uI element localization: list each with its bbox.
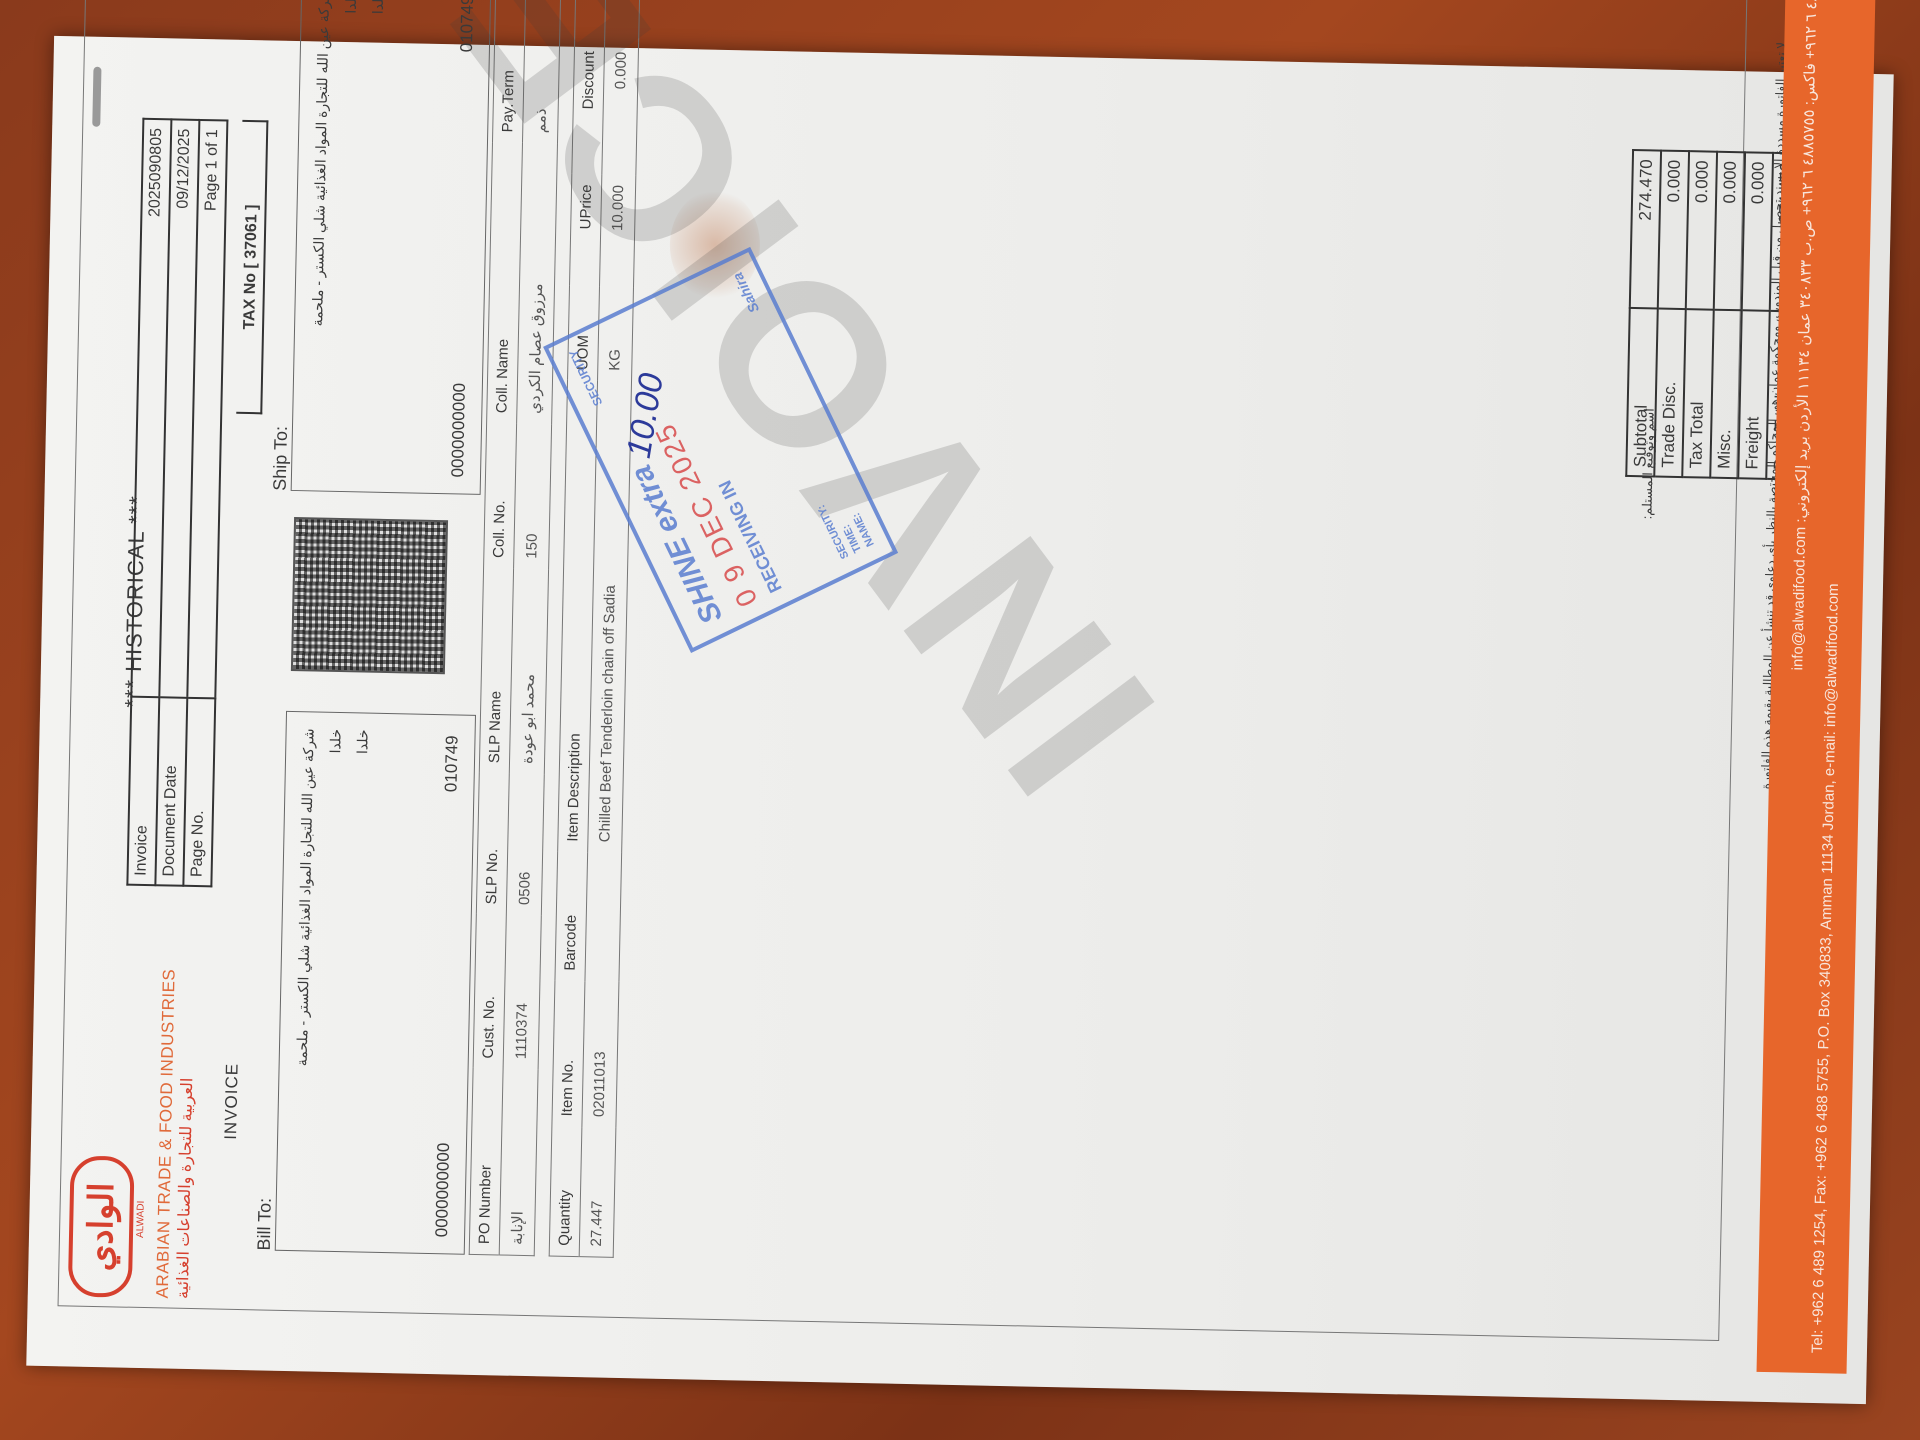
bill-to-line2: خلدا bbox=[317, 729, 345, 1235]
item-cell bbox=[585, 852, 622, 982]
info-cell: محمد ابو عودة bbox=[509, 568, 548, 774]
ship-to-line3: خلدا bbox=[360, 0, 387, 476]
info-cell: 0506 bbox=[506, 774, 544, 916]
meta-label: Page No. bbox=[183, 698, 215, 887]
info-cell: 150 bbox=[514, 423, 552, 569]
company-logo: الوادي ALWADI ARABIAN TRADE & FOOD INDUS… bbox=[68, 867, 202, 1300]
items-header: Barcode bbox=[555, 851, 588, 981]
invoice-paper: الوادي ALWADI ARABIAN TRADE & FOOD INDUS… bbox=[26, 36, 1893, 1404]
ship-to-name: شركة عين الله للتجارة المواد الغذائية شل… bbox=[306, 0, 333, 475]
info-header: PO Number bbox=[469, 1068, 503, 1255]
totals-value: 0.000 bbox=[1714, 152, 1745, 311]
bill-to-section: Bill To: شركة عين الله للتجارة المواد ال… bbox=[254, 710, 476, 1254]
items-header: Item No. bbox=[552, 980, 585, 1126]
ship-to-code-left: 0000000000 bbox=[448, 383, 470, 478]
logo-mark: الوادي bbox=[68, 1156, 135, 1298]
tax-number: TAX No [ 37061 ] bbox=[236, 120, 268, 414]
stamp-receiver: Sahira bbox=[729, 270, 762, 316]
bill-to-name: شركة عين الله للتجارة المواد الغذائية شل… bbox=[290, 728, 318, 1234]
totals-value: 274.470 bbox=[1630, 150, 1661, 309]
document-title: INVOICE bbox=[221, 1063, 243, 1140]
info-header: Cust. No. bbox=[473, 914, 506, 1069]
items-header: Quantity bbox=[549, 1126, 582, 1257]
totals-label: Misc. bbox=[1710, 310, 1742, 479]
totals-label: Tax Total bbox=[1682, 309, 1714, 478]
item-cell: 27.447 bbox=[579, 1127, 616, 1258]
meta-label: Invoice bbox=[127, 697, 159, 886]
bill-to-line3: خلدا bbox=[344, 729, 372, 1235]
info-cell: الإنابة bbox=[499, 1069, 538, 1256]
totals-value: 0.000 bbox=[1658, 151, 1689, 310]
bill-to-code-left: 0000000000 bbox=[432, 1143, 454, 1238]
ship-to-line2: خلدا bbox=[333, 0, 360, 475]
totals-value: 0.000 bbox=[1686, 151, 1717, 310]
totals-label: Trade Disc. bbox=[1654, 309, 1686, 478]
bill-to-code-right: 010749 bbox=[441, 735, 462, 792]
info-header: SLP No. bbox=[476, 773, 509, 915]
logo-sub: ALWADI bbox=[135, 868, 154, 1238]
meta-label: Document Date bbox=[155, 697, 187, 886]
qr-code bbox=[291, 517, 448, 674]
receiver-signature-label: اسم وتوقيع المستلم: bbox=[1639, 408, 1657, 520]
info-header: SLP Name bbox=[479, 568, 513, 774]
info-header: Coll. No. bbox=[484, 423, 517, 568]
bill-to-box: شركة عين الله للتجارة المواد الغذائية شل… bbox=[275, 711, 476, 1255]
item-cell: 02011013 bbox=[582, 981, 619, 1127]
info-cell: 1110374 bbox=[503, 915, 541, 1070]
invoice-meta-table: Invoice 2025090805 Document Date 09/12/2… bbox=[126, 118, 228, 888]
staple bbox=[92, 67, 101, 127]
